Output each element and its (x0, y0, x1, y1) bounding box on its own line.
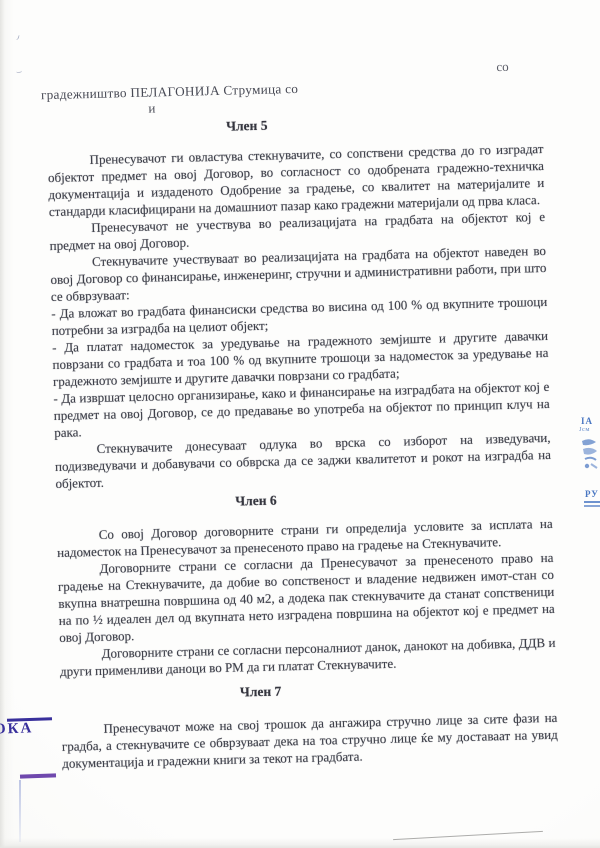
document-header-line: градежништво ПЕЛАГОНИЈА Струмица со (41, 81, 299, 103)
contract-body: Член 5 Пренесувачот ги овластува стекнув… (47, 110, 559, 772)
article-5-heading: Член 5 (47, 112, 447, 139)
contract-paragraph: Стекнувачите донесуваат одлука во врска … (54, 429, 551, 492)
page-corner-text-fragment: со (496, 59, 509, 75)
contract-paragraph: Договорните страни се согласни да Пренес… (57, 549, 555, 646)
stamp-underline (584, 501, 600, 503)
article-7-heading: Член 7 (60, 678, 460, 705)
right-stamp-text-top: ІА (581, 416, 593, 426)
document-header-conjunction: и (148, 100, 155, 116)
scanned-contract-page: со градежништво ПЕЛАГОНИЈА Струмица со и… (0, 0, 600, 848)
right-stamp-text-small: Јсм (579, 426, 590, 433)
contract-paragraph: Пренесувачот може на свој трошок да анга… (61, 709, 558, 772)
stamp-emblem-icon (579, 437, 599, 473)
right-stamp-fragment: ІА Јсм РУ (574, 416, 600, 528)
stamp-underline (584, 505, 600, 508)
scan-tilt-wrapper: со градежништво ПЕЛАГОНИЈА Струмица со и… (0, 0, 600, 848)
right-stamp-text-bottom: РУ (585, 489, 599, 499)
article-6-heading: Член 6 (56, 487, 456, 514)
contract-paragraph: Пренесувачот ги овластува стекнувачите, … (47, 140, 545, 220)
